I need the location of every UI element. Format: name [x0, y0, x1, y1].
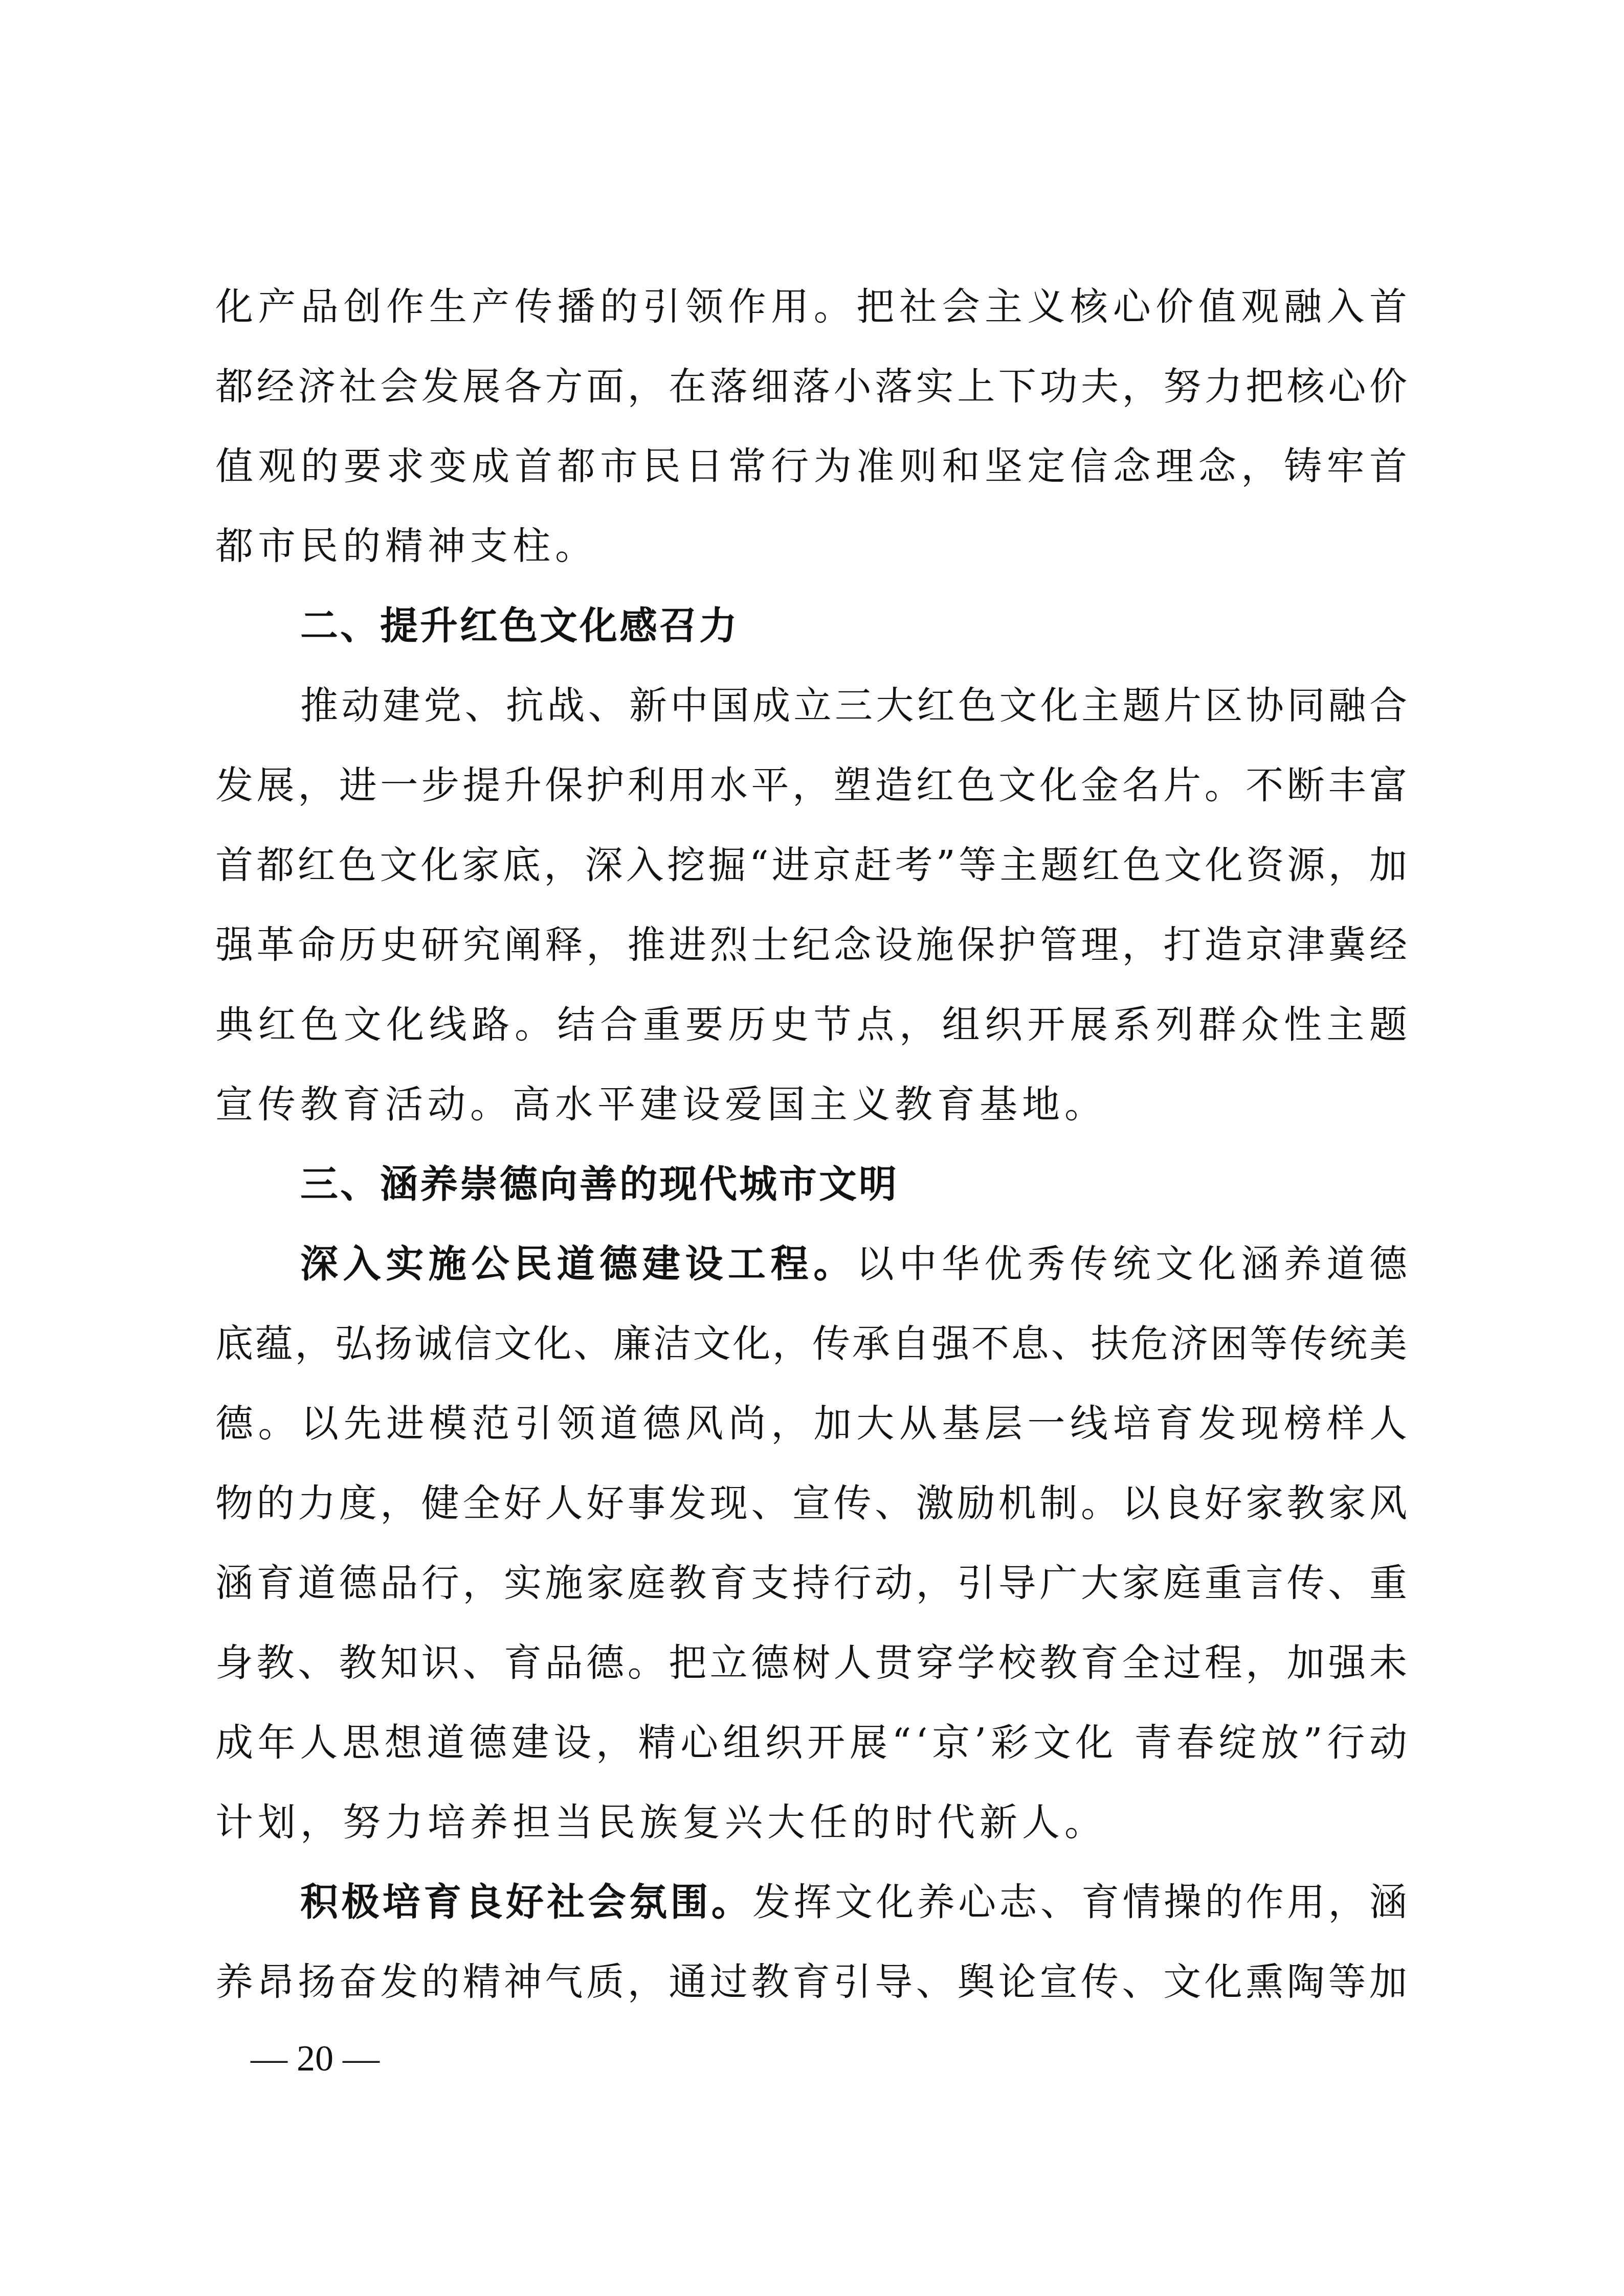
section-heading: 二、提升红色文化感召力 [300, 600, 1407, 651]
paragraph-line: 典红色文化线路。结合重要历史节点，组织开展系列群众性主题 [215, 999, 1407, 1050]
paragraph-line: 养昂扬奋发的精神气质，通过教育引导、舆论宣传、文化熏陶等加 [215, 1956, 1407, 2008]
paragraph-line: 宣传教育活动。高水平建设爱国主义教育基地。 [215, 1079, 1407, 1130]
paragraph-line: 涵育道德品行，实施家庭教育支持行动，引导广大家庭重言传、重 [215, 1558, 1407, 1609]
paragraph-line: 德。以先进模范引领道德风尚，加大从基层一线培育发现榜样人 [215, 1398, 1407, 1449]
paragraph-line: 物的力度，健全好人好事发现、宣传、激励机制。以良好家教家风 [215, 1478, 1407, 1529]
paragraph-line: 化产品创作生产传播的引领作用。把社会主义核心价值观融入首 [215, 281, 1407, 332]
paragraph-line: 都市民的精神支柱。 [215, 521, 1407, 572]
paragraph-line: 计划，努力培养担当民族复兴大任的时代新人。 [215, 1797, 1407, 1848]
paragraph-line: 都经济社会发展各方面，在落细落小落实上下功夫，努力把核心价 [215, 361, 1407, 412]
paragraph-line: 值观的要求变成首都市民日常行为准则和坚定信念理念，铸牢首 [215, 441, 1407, 492]
document-page: 化产品创作生产传播的引领作用。把社会主义核心价值观融入首都经济社会发展各方面，在… [0, 0, 1624, 2296]
paragraph-lead-phrase: 深入实施公民道德建设工程。 [300, 1242, 856, 1286]
paragraph-line: 发展，进一步提升保护利用水平，塑造红色文化金名片。不断丰富 [215, 760, 1407, 811]
paragraph-line: 身教、教知识、育品德。把立德树人贯穿学校教育全过程，加强未 [215, 1637, 1407, 1689]
paragraph-line: 强革命历史研究阐释，推进烈士纪念设施保护管理，打造京津冀经 [215, 919, 1407, 971]
paragraph-line: 首都红色文化家底，深入挖掘“进京赶考”等主题红色文化资源，加 [215, 840, 1407, 891]
paragraph-text: 以中华优秀传统文化涵养道德 [856, 1242, 1412, 1286]
paragraph-line: 推动建党、抗战、新中国成立三大红色文化主题片区协同融合 [300, 680, 1407, 731]
paragraph-line: 成年人思想道德建设，精心组织开展“‘京’彩文化 青春绽放”行动 [215, 1717, 1407, 1768]
paragraph-text: 发挥文化养心志、育情操的作用，涵 [752, 1880, 1410, 1924]
paragraph-lead-phrase: 积极培育良好社会氛围。 [300, 1880, 752, 1924]
page-number: — 20 — [251, 2038, 380, 2079]
section-heading: 三、涵养崇德向善的现代城市文明 [300, 1159, 1407, 1210]
paragraph-line: 底蕴，弘扬诚信文化、廉洁文化，传承自强不息、扶危济困等传统美 [215, 1318, 1407, 1369]
paragraph-line: 深入实施公民道德建设工程。以中华优秀传统文化涵养道德 [300, 1239, 1407, 1290]
paragraph-line: 积极培育良好社会氛围。发挥文化养心志、育情操的作用，涵 [300, 1877, 1407, 1928]
